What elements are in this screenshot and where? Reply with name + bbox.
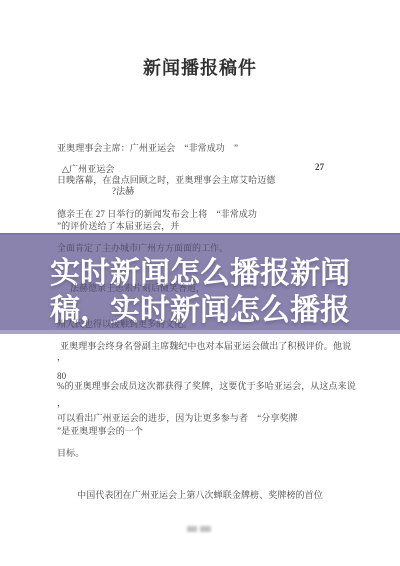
- body-line: ，: [57, 396, 66, 409]
- body-line: ，: [57, 350, 66, 363]
- footer-smudge: [187, 526, 211, 532]
- page-title: 新闻播报稿件: [0, 54, 400, 80]
- body-line: 目标。: [57, 446, 84, 459]
- article-headline: 亚奥理事会主席：广州亚运会 “非常成功 ”: [57, 141, 238, 154]
- body-line: 亚奥理事会终身名誉副主席魏纪中也对本届亚运会做出了积极评价。他说: [60, 339, 351, 352]
- body-line: ”是亚奥理事会的一个: [57, 424, 143, 437]
- body-line: 可以看出广州亚运会的进步，因为让更多参与者 “分享奖牌: [57, 411, 298, 424]
- closing-line: 中国代表团在广州亚运会上第八次蝉联金牌榜、奖牌榜的首位: [0, 488, 400, 501]
- document-page: 新闻播报稿件 亚奥理事会主席：广州亚运会 “非常成功 ” △广州亚运会 27 日…: [0, 0, 400, 566]
- body-line: ”的评价送给了本届亚运会，并: [57, 219, 179, 232]
- overlay-banner: 全面肯定了主办城市广州方方面面的工作。 实时新闻怎么播报新闻 法赫德亲王思索片刻…: [0, 233, 400, 334]
- banner-background-text-bottom: 州人民也得以接触到更多的文化。: [57, 317, 192, 330]
- page-number: 27: [315, 162, 324, 172]
- body-line: ?法赫: [112, 184, 134, 197]
- body-line: %的亚奥理事会成员这次都获得了奖牌，这要优于多哈亚运会，从这点来说: [57, 379, 356, 392]
- body-line: 日晚落幕，在盘点回顾之时，亚奥理事会主席艾哈迈德: [57, 173, 275, 186]
